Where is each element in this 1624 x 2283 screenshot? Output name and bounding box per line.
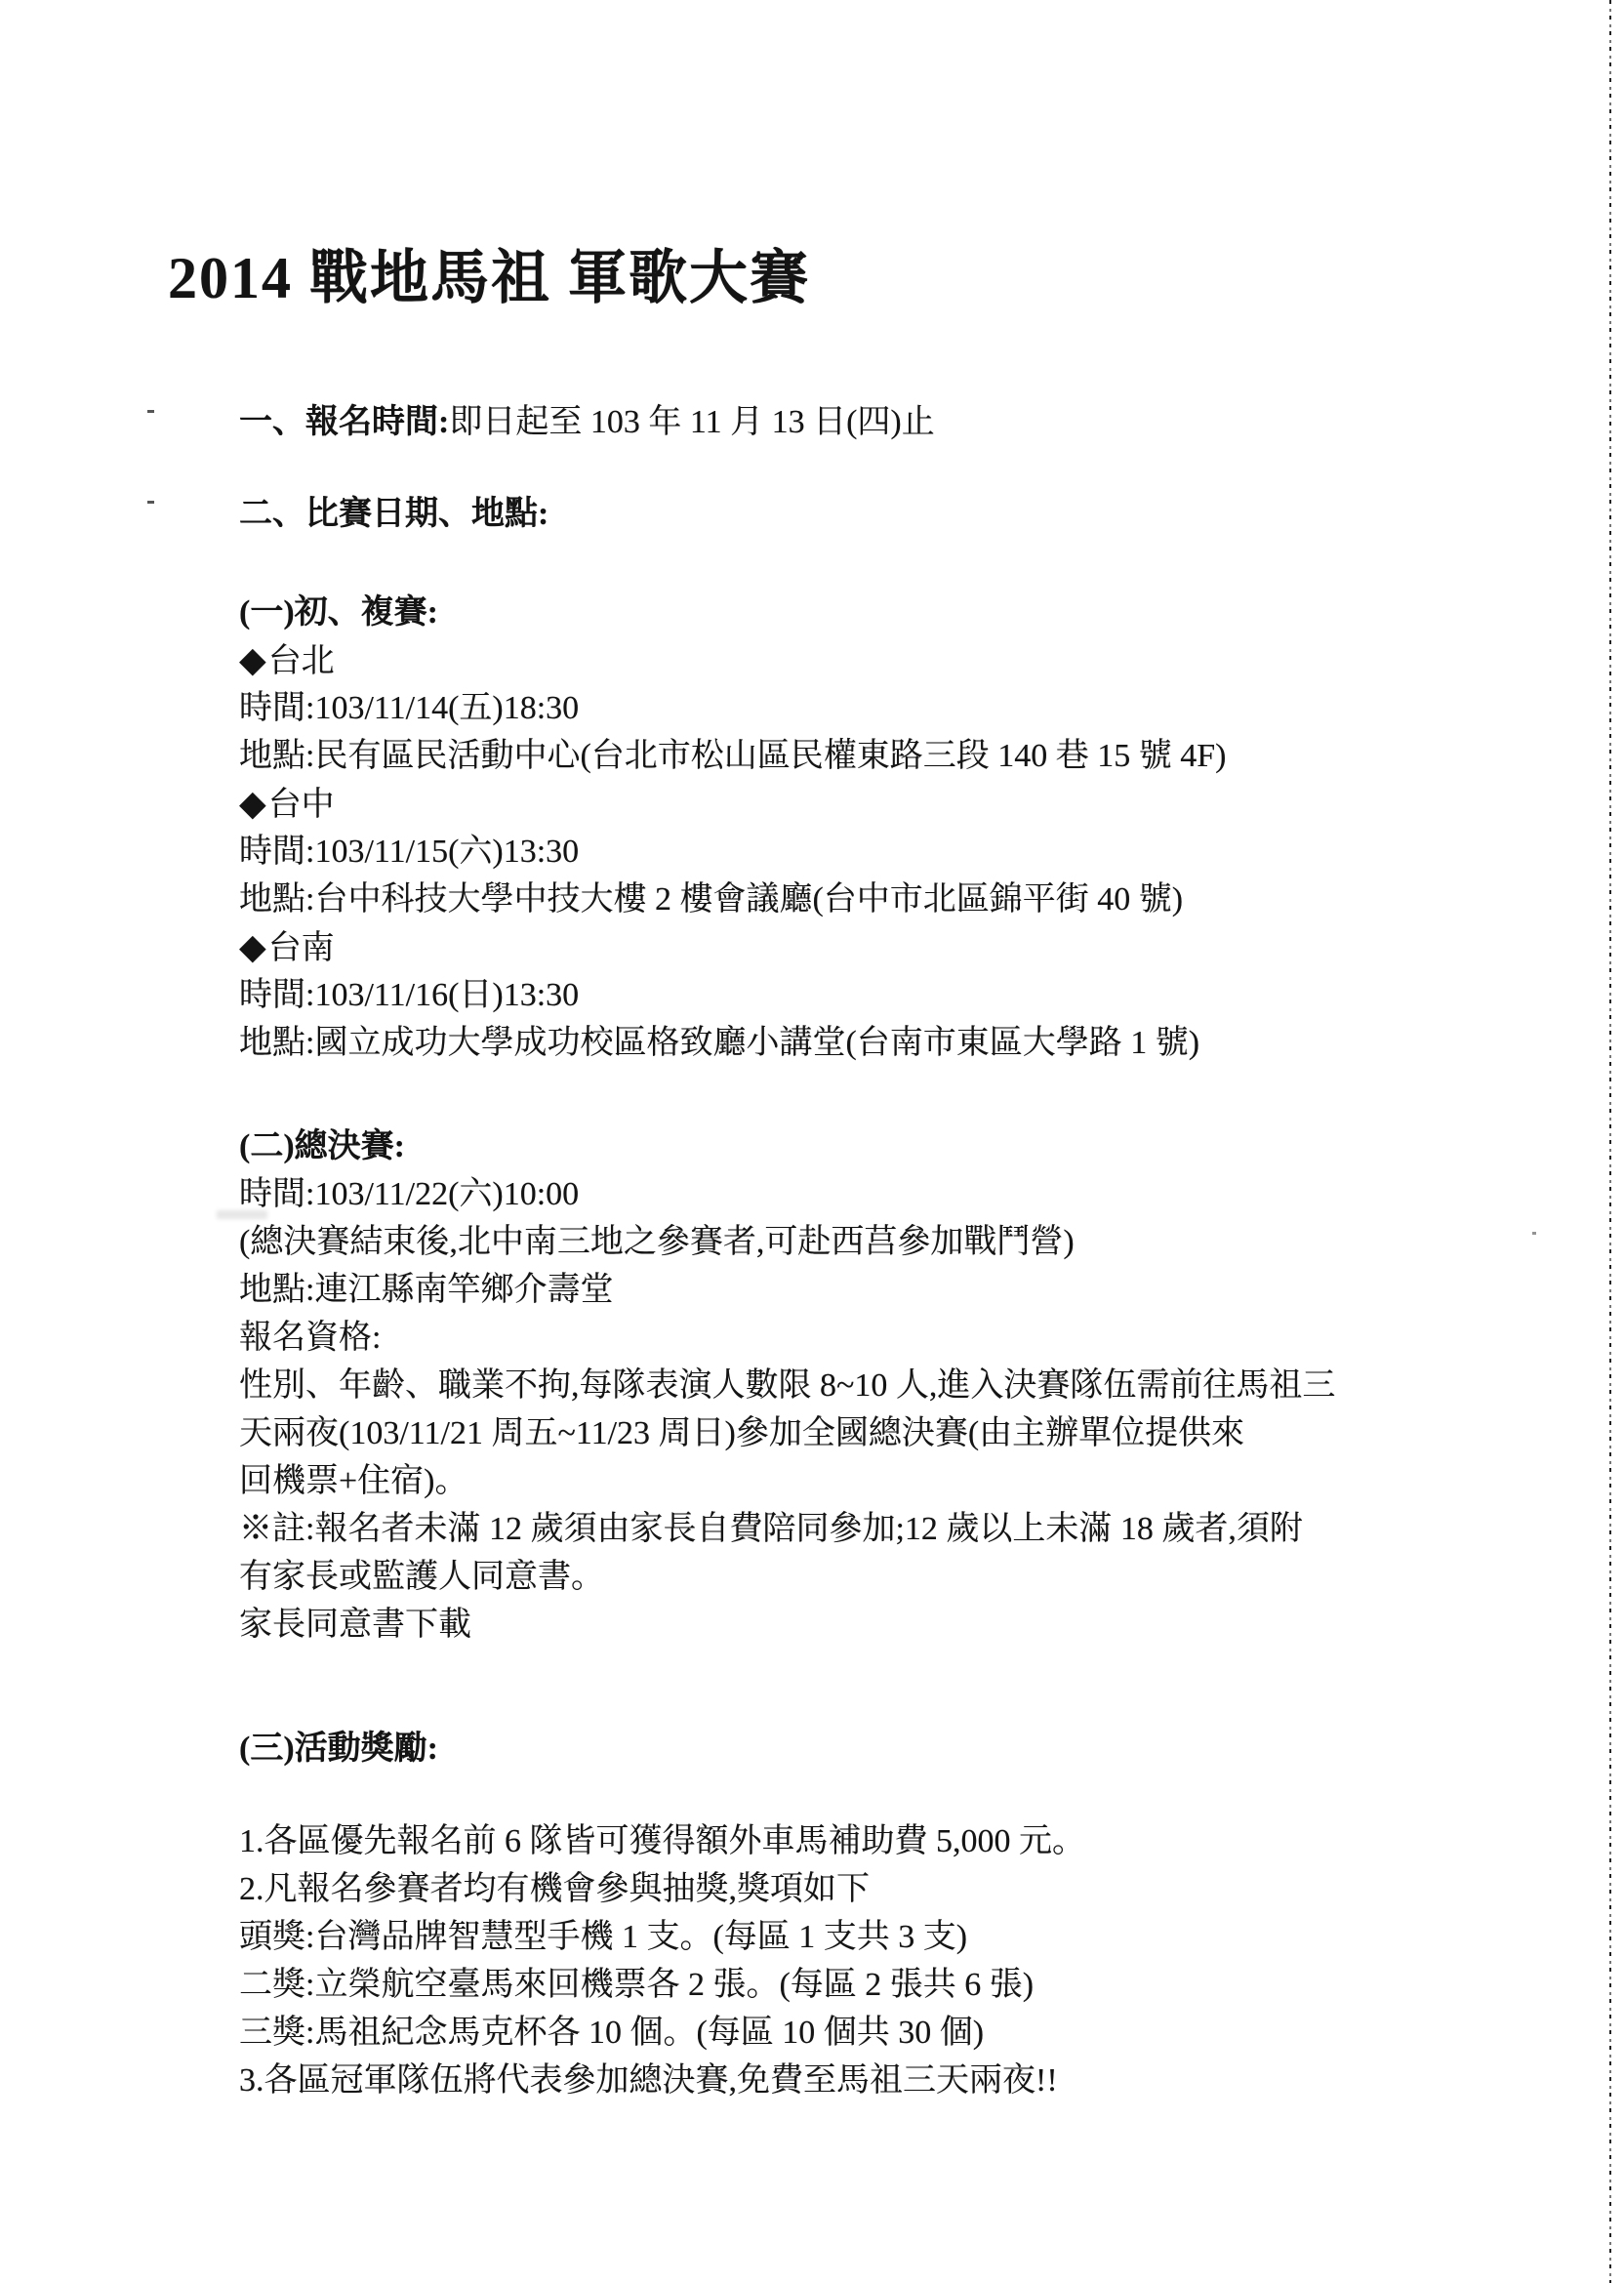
venue-place: 地點:國立成功大學成功校區格致廳小講堂(台南市東區大學路 1 號) (239, 1019, 1624, 1067)
venue-city-line: ◆台中 (239, 780, 1624, 828)
venue-city: 台南 (268, 930, 335, 966)
reward-item: 3.各區冠軍隊伍將代表參加總決賽,免費至馬祖三天兩夜!! (239, 2057, 1624, 2104)
reward-item: 2.凡報名參賽者均有機會參與抽獎,獎項如下 (239, 1865, 1624, 1913)
diamond-bullet-icon: ◆ (239, 780, 266, 828)
venue-place: 地點:民有區民活動中心(台北市松山區民權東路三段 140 巷 15 號 4F) (239, 732, 1624, 780)
scan-speck (1532, 1232, 1536, 1235)
qualification-heading: 報名資格: (239, 1314, 1624, 1362)
consent-download-link: 家長同意書下載 (239, 1601, 1624, 1649)
venue-city-line: ◆台北 (239, 636, 1624, 684)
registration-time-text: 即日起至 103 年 11 月 13 日(四)止 (449, 404, 934, 440)
venue-time: 時間:103/11/16(日)13:30 (239, 971, 1624, 1019)
scanned-document-page: 2014 戰地馬祖 軍歌大賽 一、報名時間:即日起至 103 年 11 月 13… (0, 0, 1624, 2283)
competition-date-heading: 二、比賽日期、地點: (239, 490, 1624, 538)
scan-smudge (217, 1210, 267, 1219)
reward-item: 三獎:馬祖紀念馬克杯各 10 個。(每區 10 個共 30 個) (239, 2009, 1624, 2057)
scan-speck (147, 410, 154, 413)
venue-city: 台中 (268, 787, 335, 823)
final-place: 地點:連江縣南竿鄉介壽堂 (239, 1266, 1624, 1314)
venue-time: 時間:103/11/14(五)18:30 (239, 684, 1624, 732)
venue-city: 台北 (268, 643, 335, 679)
venue-time: 時間:103/11/15(六)13:30 (239, 828, 1624, 876)
reward-item: 二獎:立榮航空臺馬來回機票各 2 張。(每區 2 張共 6 張) (239, 1961, 1624, 2009)
diamond-bullet-icon: ◆ (239, 636, 266, 684)
qualification-text-line: 天兩夜(103/11/21 周五~11/23 周日)參加全國總決賽(由主辦單位提… (239, 1409, 1624, 1457)
preliminary-heading: (一)初、複賽: (239, 589, 1624, 636)
reward-item: 1.各區優先報名前 6 隊皆可獲得額外車馬補助費 5,000 元。 (239, 1817, 1624, 1865)
rewards-heading: (三)活動獎勵: (239, 1725, 1624, 1773)
final-camp-note: (總決賽結束後,北中南三地之參賽者,可赴西莒參加戰鬥營) (239, 1218, 1624, 1266)
reward-item: 頭獎:台灣品牌智慧型手機 1 支。(每區 1 支共 3 支) (239, 1913, 1624, 1961)
age-note-line: ※註:報名者未滿 12 歲須由家長自費陪同參加;12 歲以上未滿 18 歲者,須… (239, 1505, 1624, 1553)
venue-city-line: ◆台南 (239, 923, 1624, 971)
scan-edge-artifact (1609, 0, 1611, 2283)
registration-time-label: 一、報名時間: (239, 404, 449, 440)
final-time: 時間:103/11/22(六)10:00 (239, 1170, 1624, 1218)
final-heading: (二)總決賽: (239, 1122, 1624, 1170)
qualification-text-line: 性別、年齡、職業不拘,每隊表演人數限 8~10 人,進入決賽隊伍需前往馬祖三 (239, 1362, 1624, 1409)
diamond-bullet-icon: ◆ (239, 923, 266, 971)
venue-place: 地點:台中科技大學中技大樓 2 樓會議廳(台中市北區錦平街 40 號) (239, 876, 1624, 923)
scan-speck (147, 501, 154, 504)
registration-time-line: 一、報名時間:即日起至 103 年 11 月 13 日(四)止 (239, 398, 1624, 446)
document-title: 2014 戰地馬祖 軍歌大賽 (168, 244, 1624, 312)
age-note-line: 有家長或監護人同意書。 (239, 1553, 1624, 1601)
qualification-text-line: 回機票+住宿)。 (239, 1457, 1624, 1505)
